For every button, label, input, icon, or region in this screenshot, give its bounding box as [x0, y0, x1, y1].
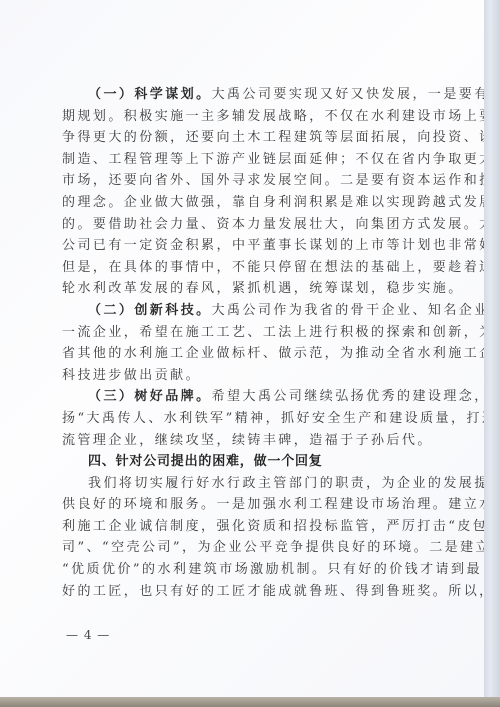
section-heading: 四、针对公司提出的困难，做一个回复 — [62, 451, 432, 473]
paragraph-2-line-1: （二）创新科技。大禹公司作为我省的骨干企业、知名企业、 — [62, 300, 432, 322]
paragraph-1-lead: （一）科学谋划。 — [88, 87, 212, 102]
paragraph-4-line: 供良好的环境和服务。一是加强水利工程建设市场治理。建立水 — [62, 494, 432, 516]
text-span: 大禹公司要实现又好又快发展，一是要有长 — [212, 87, 500, 102]
page-number: — 4 — — [66, 628, 110, 642]
paragraph-2-line: 科技进步做出贡献。 — [62, 365, 432, 387]
paragraph-3-lead: （三）树好品牌。 — [88, 389, 212, 404]
paragraph-1-line: 公司已有一定资金积累，中平董事长谋划的上市等计划也非常好。 — [62, 235, 432, 257]
paragraph-1-line: 但是，在具体的事情中，不能只停留在想法的基础上，要趁着这一 — [62, 257, 432, 279]
paragraph-1-line: 市场，还要向省外、国外寻求发展空间。二是要有资本运作和投资 — [62, 170, 432, 192]
text-span: 希望大禹公司继续弘扬优秀的建设理念，发 — [212, 389, 500, 404]
paragraph-1-line: 制造、工程管理等上下游产业链层面延伸；不仅在省内争取更大的 — [62, 149, 432, 171]
paragraph-1-line: 轮水利改革发展的春风，紧抓机遇，统筹谋划，稳步实施。 — [62, 278, 432, 300]
paragraph-2-line: 一流企业，希望在施工工艺、工法上进行积极的探索和创新，为全 — [62, 322, 432, 344]
paragraph-1-line: 期规划。积极实施一主多辅发展战略，不仅在水利建设市场上要 — [62, 106, 432, 128]
document-page: （一）科学谋划。大禹公司要实现又好又快发展，一是要有长 期规划。积极实施一主多辅… — [0, 0, 484, 697]
page-edge-shadow — [484, 0, 500, 697]
paragraph-1-line: 争得更大的份额，还要向土木工程建筑等层面拓展，向投资、设备 — [62, 127, 432, 149]
paragraph-4-line: 司”、“空壳公司”，为企业公平竞争提供良好的环境。二是建立 — [62, 537, 432, 559]
paragraph-3-line-1: （三）树好品牌。希望大禹公司继续弘扬优秀的建设理念，发 — [62, 386, 432, 408]
paragraph-1-line: 的。要借助社会力量、资本力量发展壮大，向集团方式发展。大禹 — [62, 214, 432, 236]
text-span: 大禹公司作为我省的骨干企业、知名企业、 — [212, 303, 500, 318]
scan-bottom-edge — [0, 697, 500, 707]
paragraph-1-line-1: （一）科学谋划。大禹公司要实现又好又快发展，一是要有长 — [62, 84, 432, 106]
paragraph-3-line: 流管理企业，继续攻坚，续铸丰碑，造福于子孙后代。 — [62, 430, 432, 452]
paragraph-1-line: 的理念。企业做大做强，靠自身利润积累是难以实现跨越式发展 — [62, 192, 432, 214]
paragraph-3-line: 扬“大禹传人、水利铁军”精神，抓好安全生产和建设质量，打造一 — [62, 408, 432, 430]
body-text: （一）科学谋划。大禹公司要实现又好又快发展，一是要有长 期规划。积极实施一主多辅… — [62, 84, 432, 602]
paragraph-4-line: 利施工企业诚信制度，强化资质和招投标监管，严厉打击“皮包公 — [62, 516, 432, 538]
paragraph-2-lead: （二）创新科技。 — [88, 303, 212, 318]
paragraph-4-line: “优质优价”的水利建筑市场激励机制。只有好的价钱才请到最 — [62, 559, 432, 581]
paragraph-4-line-1: 我们将切实履行好水行政主管部门的职责，为企业的发展提 — [62, 473, 432, 495]
paragraph-4-line: 好的工匠，也只有好的工匠才能成就鲁班、得到鲁班奖。所以，要 — [62, 581, 432, 603]
paragraph-2-line: 省其他的水利施工企业做标杆、做示范，为推动全省水利施工企业 — [62, 343, 432, 365]
